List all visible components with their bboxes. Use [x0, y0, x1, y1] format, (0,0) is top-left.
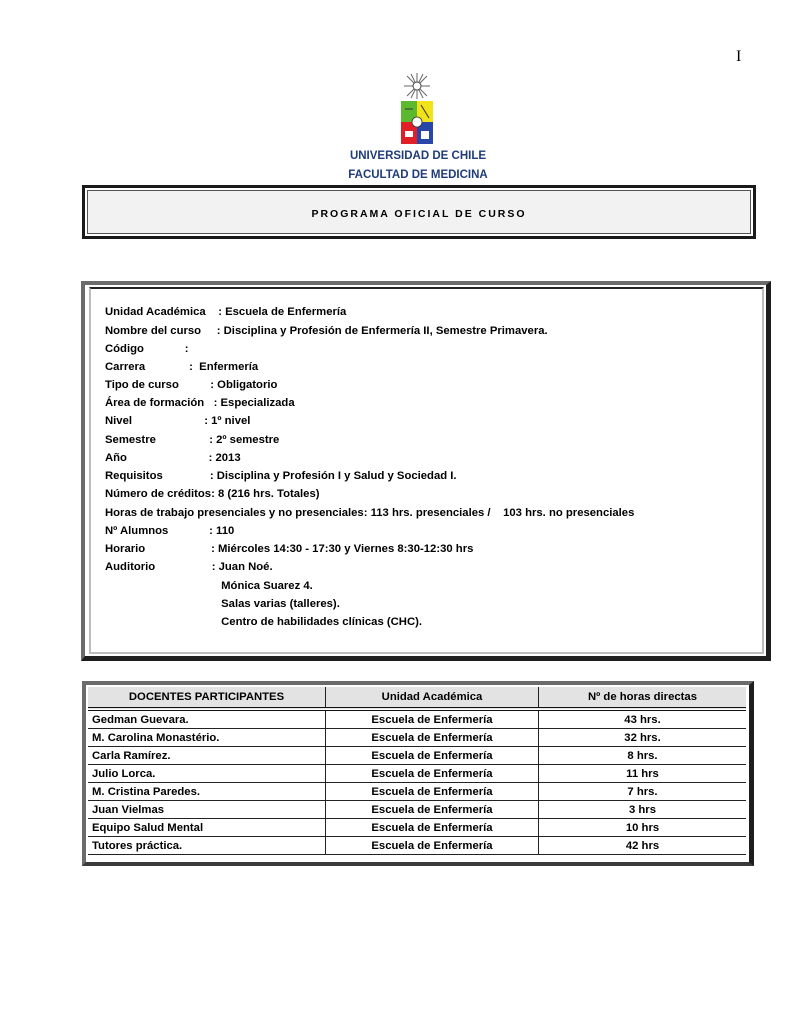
table-row: Gedman Guevara.Escuela de Enfermería43 h…: [88, 709, 746, 729]
cell-docente: Carla Ramírez.: [88, 747, 326, 765]
info-label: Semestre: [105, 434, 209, 446]
course-info-line: Nombre del curso : Disciplina y Profesió…: [105, 325, 548, 337]
table-row: Equipo Salud MentalEscuela de Enfermería…: [88, 819, 746, 837]
info-value: : Disciplina y Profesión I y Salud y Soc…: [210, 470, 457, 482]
cell-unidad: Escuela de Enfermería: [326, 765, 539, 783]
course-info-line: Código :: [105, 343, 188, 355]
info-label: [105, 616, 221, 628]
cell-horas: 8 hrs.: [539, 747, 747, 765]
table-header-row: DOCENTES PARTICIPANTES Unidad Académica …: [88, 687, 746, 709]
info-label: Auditorio: [105, 561, 212, 573]
course-info-line: Número de créditos: 8 (216 hrs. Totales): [105, 488, 320, 500]
table-row: M. Cristina Paredes.Escuela de Enfermerí…: [88, 783, 746, 801]
page-number: I: [736, 48, 741, 66]
course-info-line: Auditorio : Juan Noé.: [105, 561, 273, 573]
course-info-line: Salas varias (talleres).: [105, 598, 340, 610]
info-value: Salas varias (talleres).: [221, 598, 340, 610]
info-value: Mónica Suarez 4.: [221, 580, 313, 592]
info-value: : 113 hrs. presenciales / 103 hrs. no pr…: [364, 507, 635, 519]
document-title: PROGRAMA OFICIAL DE CURSO: [85, 208, 753, 220]
header-docentes: DOCENTES PARTICIPANTES: [88, 687, 326, 709]
docentes-table-frame: DOCENTES PARTICIPANTES Unidad Académica …: [82, 681, 754, 866]
cell-horas: 32 hrs.: [539, 729, 747, 747]
cell-unidad: Escuela de Enfermería: [326, 819, 539, 837]
course-info-line: Horas de trabajo presenciales y no prese…: [105, 507, 634, 519]
table-row: Tutores práctica.Escuela de Enfermería42…: [88, 837, 746, 855]
cell-unidad: Escuela de Enfermería: [326, 747, 539, 765]
info-value: : Especializada: [214, 397, 295, 409]
course-info-line: Semestre : 2º semestre: [105, 434, 279, 446]
info-label: Número de créditos: [105, 488, 211, 500]
info-label: Carrera: [105, 361, 189, 373]
info-value: : 8 (216 hrs. Totales): [211, 488, 319, 500]
header-horas: Nº de horas directas: [539, 687, 747, 709]
cell-docente: Tutores práctica.: [88, 837, 326, 855]
cell-unidad: Escuela de Enfermería: [326, 709, 539, 729]
info-label: Nivel: [105, 415, 204, 427]
cell-unidad: Escuela de Enfermería: [326, 801, 539, 819]
info-label: Horario: [105, 543, 211, 555]
table-row: M. Carolina Monastério.Escuela de Enferm…: [88, 729, 746, 747]
info-label: Área de formación: [105, 397, 214, 409]
course-info-line: Mónica Suarez 4.: [105, 580, 313, 592]
cell-unidad: Escuela de Enfermería: [326, 783, 539, 801]
info-label: Nº Alumnos: [105, 525, 209, 537]
info-label: Nombre del curso: [105, 325, 217, 337]
course-info-box: Unidad Académica : Escuela de Enfermería…: [81, 281, 771, 661]
info-label: Año: [105, 452, 209, 464]
course-info-line: Nº Alumnos : 110: [105, 525, 234, 537]
info-label: [105, 598, 221, 610]
cell-horas: 43 hrs.: [539, 709, 747, 729]
course-info-line: Unidad Académica : Escuela de Enfermería: [105, 306, 346, 318]
docentes-table: DOCENTES PARTICIPANTES Unidad Académica …: [88, 687, 746, 855]
info-value: : Miércoles 14:30 - 17:30 y Viernes 8:30…: [211, 543, 473, 555]
cell-docente: Gedman Guevara.: [88, 709, 326, 729]
cell-horas: 10 hrs: [539, 819, 747, 837]
cell-horas: 42 hrs: [539, 837, 747, 855]
course-info-line: Carrera : Enfermería: [105, 361, 258, 373]
course-info-line: Área de formación : Especializada: [105, 397, 295, 409]
title-box: PROGRAMA OFICIAL DE CURSO: [82, 185, 756, 239]
info-value: :: [185, 343, 189, 355]
header-unidad: Unidad Académica: [326, 687, 539, 709]
info-value: : 2013: [209, 452, 241, 464]
cell-docente: Juan Vielmas: [88, 801, 326, 819]
info-label: Requisitos: [105, 470, 210, 482]
cell-horas: 3 hrs: [539, 801, 747, 819]
info-value: : Obligatorio: [210, 379, 277, 391]
info-value: : 110: [209, 525, 234, 537]
info-value: : Enfermería: [189, 361, 258, 373]
info-label: Unidad Académica: [105, 306, 218, 318]
info-value: Centro de habilidades clínicas (CHC).: [221, 616, 422, 628]
cell-docente: M. Carolina Monastério.: [88, 729, 326, 747]
info-value: : 2º semestre: [209, 434, 279, 446]
course-info-line: Centro de habilidades clínicas (CHC).: [105, 616, 422, 628]
cell-docente: Equipo Salud Mental: [88, 819, 326, 837]
info-label: Tipo de curso: [105, 379, 210, 391]
course-info-line: Nivel : 1º nivel: [105, 415, 250, 427]
info-label: [105, 580, 221, 592]
info-value: : Escuela de Enfermería: [218, 306, 346, 318]
course-info-line: Requisitos : Disciplina y Profesión I y …: [105, 470, 457, 482]
cell-unidad: Escuela de Enfermería: [326, 729, 539, 747]
info-value: : Disciplina y Profesión de Enfermería I…: [217, 325, 548, 337]
university-crest-logo: [399, 71, 435, 147]
info-label: Código: [105, 343, 185, 355]
cell-docente: Julio Lorca.: [88, 765, 326, 783]
cell-horas: 7 hrs.: [539, 783, 747, 801]
table-row: Julio Lorca.Escuela de Enfermería11 hrs: [88, 765, 746, 783]
university-name: UNIVERSIDAD DE CHILE: [0, 150, 800, 162]
info-value: : Juan Noé.: [212, 561, 273, 573]
table-row: Juan VielmasEscuela de Enfermería3 hrs: [88, 801, 746, 819]
info-value: : 1º nivel: [204, 415, 250, 427]
info-label: Horas de trabajo presenciales y no prese…: [105, 507, 364, 519]
course-info-line: Año : 2013: [105, 452, 241, 464]
cell-horas: 11 hrs: [539, 765, 747, 783]
course-info-line: Horario : Miércoles 14:30 - 17:30 y Vier…: [105, 543, 473, 555]
course-info-line: Tipo de curso : Obligatorio: [105, 379, 277, 391]
cell-unidad: Escuela de Enfermería: [326, 837, 539, 855]
faculty-name: FACULTAD DE MEDICINA: [0, 169, 800, 181]
cell-docente: M. Cristina Paredes.: [88, 783, 326, 801]
table-row: Carla Ramírez.Escuela de Enfermería8 hrs…: [88, 747, 746, 765]
